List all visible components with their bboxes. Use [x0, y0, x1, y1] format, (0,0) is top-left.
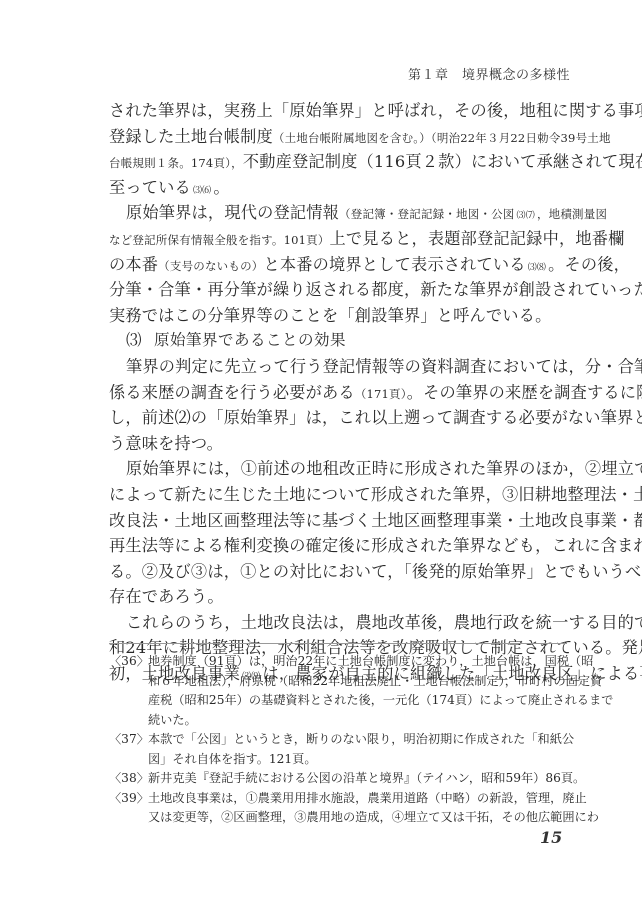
text-line: 改良法・土地区画整理法等に基づく土地区画整理事業・土地改良事業・都市: [109, 508, 567, 534]
text-span: これらのうち，土地改良法は，農地改革後，農地行政を統一する目的で昭: [126, 613, 642, 632]
text-line: 再生法等による権利変換の確定後に形成された筆界なども，これに含まれ: [109, 533, 567, 559]
text-span: 係る来歴の調査を行う必要がある: [109, 383, 355, 402]
text-line: 係る来歴の調査を行う必要がある（171頁）。その筆界の来歴を調査するに際: [109, 380, 567, 406]
text-line: し，前述⑵の「原始筆界」は，これ以上遡って調査する必要がない筆界とい: [109, 405, 567, 431]
text-span: し，前述⑵の「原始筆界」は，これ以上遡って調査する必要がない筆界とい: [109, 408, 642, 427]
section-heading: ⑶原始筆界であることの効果: [109, 328, 567, 354]
text-span: によって新たに生じた土地について形成された筆界，③旧耕地整理法・土地: [109, 485, 642, 504]
running-head: 第１章 境界概念の多様性: [408, 64, 570, 83]
text-line: によって新たに生じた土地について形成された筆界，③旧耕地整理法・土地: [109, 482, 567, 508]
text-span: された筆界は，実務上「原始筆界」と呼ばれ，その後，地租に関する事項を: [109, 101, 642, 120]
text-line: 筆界の判定に先立って行う登記情報等の資料調査においては，分・合筆に: [109, 354, 567, 380]
footnote-line: 土地改良事業は，①農業用用排水施設，農業用道路（中略）の新設，管理，廃止: [148, 789, 567, 809]
text-span: 。その筆界の来歴を調査するに際: [407, 383, 642, 402]
inline-note: （171頁）: [355, 387, 407, 401]
text-span: 上で見ると，表題部登記記録中，地番欄: [330, 229, 625, 248]
text-span: 存在であろう。: [109, 587, 224, 606]
text-span: 実務ではこの分筆界等のことを「創設筆界」と呼んでいる。: [109, 306, 551, 325]
footnote-number: 〈38〉: [109, 769, 149, 789]
footnote-number: 〈39〉: [109, 789, 149, 809]
inline-note: ，地積測量図: [537, 207, 607, 221]
text-line: 至っている⑶⑹。: [109, 175, 567, 201]
text-span: 至っている: [109, 178, 191, 197]
footnote-line: 和６年地租法），府県税（昭和22年地租法廃止・土地台帳法制定），市町村の固定資: [148, 672, 567, 692]
text-span: る。②及び③は，①との対比において，「後発的原始筆界」とでもいうべき: [109, 562, 642, 581]
footnote-line: 産税（昭和25年）の基礎資料とされた後，一元化（174頁）によって廃止されるまで: [148, 691, 567, 711]
footnote-ref-37[interactable]: ⑶⑺: [517, 211, 535, 221]
text-line: 存在であろう。: [109, 584, 567, 610]
footnote-line: 図」それ自体を指す。121頁。: [148, 750, 567, 770]
text-line: これらのうち，土地改良法は，農地改革後，農地行政を統一する目的で昭: [109, 610, 567, 636]
section-title: 原始筆界であることの効果: [154, 331, 346, 349]
text-line: 登録した土地台帳制度（土地台帳附属地図を含む。）（明治22年３月22日勅令39号…: [109, 124, 567, 150]
text-line: 実務ではこの分筆界等のことを「創設筆界」と呼んでいる。: [109, 303, 567, 329]
text-line: る。②及び③は，①との対比において，「後発的原始筆界」とでもいうべき: [109, 559, 567, 585]
footnote-37: 〈37〉 本款で「公図」というとき，断りのない限り，明治初期に作成された「和紙公…: [109, 730, 567, 769]
body-text: された筆界は，実務上「原始筆界」と呼ばれ，その後，地租に関する事項を 登録した土…: [109, 98, 567, 687]
footnote-38: 〈38〉 新井克美『登記手続における公図の沿革と境界』（テイハン，昭和59年）8…: [109, 769, 567, 789]
inline-note: （登記簿・登記記録・地図・公図: [339, 207, 515, 221]
section-number: ⑶: [126, 331, 142, 349]
page-number: 15: [540, 828, 562, 847]
text-line: など登記所保有情報全般を指す。101頁）上で見ると，表題部登記記録中，地番欄: [109, 226, 567, 252]
footnotes: 〈36〉 地券制度（91頁）は，明治22年に土地台帳制度に変わり，土地台帳は，国…: [109, 652, 567, 828]
text-span: 改良法・土地区画整理法等に基づく土地区画整理事業・土地改良事業・都市: [109, 511, 642, 530]
text-line: の本番（支号のないもの）と本番の境界として表示されている⑶⑻。その後，: [109, 252, 567, 278]
text-span: 再生法等による権利変換の確定後に形成された筆界なども，これに含まれ: [109, 536, 642, 555]
text-span: 不動産登記制度（116頁２款）において承継されて現在に: [243, 152, 642, 171]
footnote-line: 本款で「公図」というとき，断りのない限り，明治初期に作成された「和紙公: [148, 730, 567, 750]
text-span: 分筆・合筆・再分筆が繰り返される都度，新たな筆界が創設されていった。: [109, 280, 642, 299]
text-span: 登録した土地台帳制度: [109, 127, 273, 146]
inline-note: （土地台帳附属地図を含む。）（明治22年３月22日勅令39号土地: [273, 131, 611, 145]
inline-note: （支号のないもの）: [158, 259, 263, 273]
text-line: 原始筆界は，現代の登記情報（登記簿・登記記録・地図・公図⑶⑺，地積測量図: [109, 200, 567, 226]
text-line: う意味を持つ。: [109, 431, 567, 457]
text-span: う意味を持つ。: [109, 434, 223, 453]
footnote-36: 〈36〉 地券制度（91頁）は，明治22年に土地台帳制度に変わり，土地台帳は，国…: [109, 652, 567, 730]
text-span: と本番の境界として表示されている: [263, 255, 525, 274]
footnote-line: 地券制度（91頁）は，明治22年に土地台帳制度に変わり，土地台帳は，国税（昭: [148, 652, 567, 672]
text-line: 台帳規則１条。174頁），不動産登記制度（116頁２款）において承継されて現在に: [109, 149, 567, 175]
footnote-line: 新井克美『登記手続における公図の沿革と境界』（テイハン，昭和59年）86頁。: [148, 769, 567, 789]
footnote-ref-38[interactable]: ⑶⑻: [528, 263, 546, 273]
footnote-number: 〈36〉: [109, 652, 149, 672]
text-line: 原始筆界には，①前述の地租改正時に形成された筆界のほか，②埋立て等: [109, 456, 567, 482]
text-line: された筆界は，実務上「原始筆界」と呼ばれ，その後，地租に関する事項を: [109, 98, 567, 124]
inline-note: など登記所保有情報全般を指す。101頁）: [109, 233, 330, 247]
text-span: 原始筆界は，現代の登記情報: [126, 203, 339, 222]
footnote-line: 続いた。: [148, 711, 567, 731]
text-line: 分筆・合筆・再分筆が繰り返される都度，新たな筆界が創設されていった。: [109, 277, 567, 303]
inline-note: 台帳規則１条。174頁），: [109, 156, 243, 170]
text-span: 筆界の判定に先立って行う登記情報等の資料調査においては，分・合筆に: [126, 357, 642, 376]
footnote-39: 〈39〉 土地改良事業は，①農業用用排水施設，農業用道路（中略）の新設，管理，廃…: [109, 789, 567, 828]
footnote-number: 〈37〉: [109, 730, 149, 750]
footnote-line: 又は変更等，②区画整理，③農用地の造成，④埋立て又は干拓，その他広範囲にわ: [148, 808, 567, 828]
text-span: 。その後，: [548, 255, 630, 274]
footnote-ref-36[interactable]: ⑶⑹: [193, 186, 211, 196]
text-span: の本番: [109, 255, 158, 274]
text-span: 原始筆界には，①前述の地租改正時に形成された筆界のほか，②埋立て等: [126, 459, 642, 478]
text-span: 。: [213, 178, 229, 197]
footnote-divider: [109, 643, 567, 644]
